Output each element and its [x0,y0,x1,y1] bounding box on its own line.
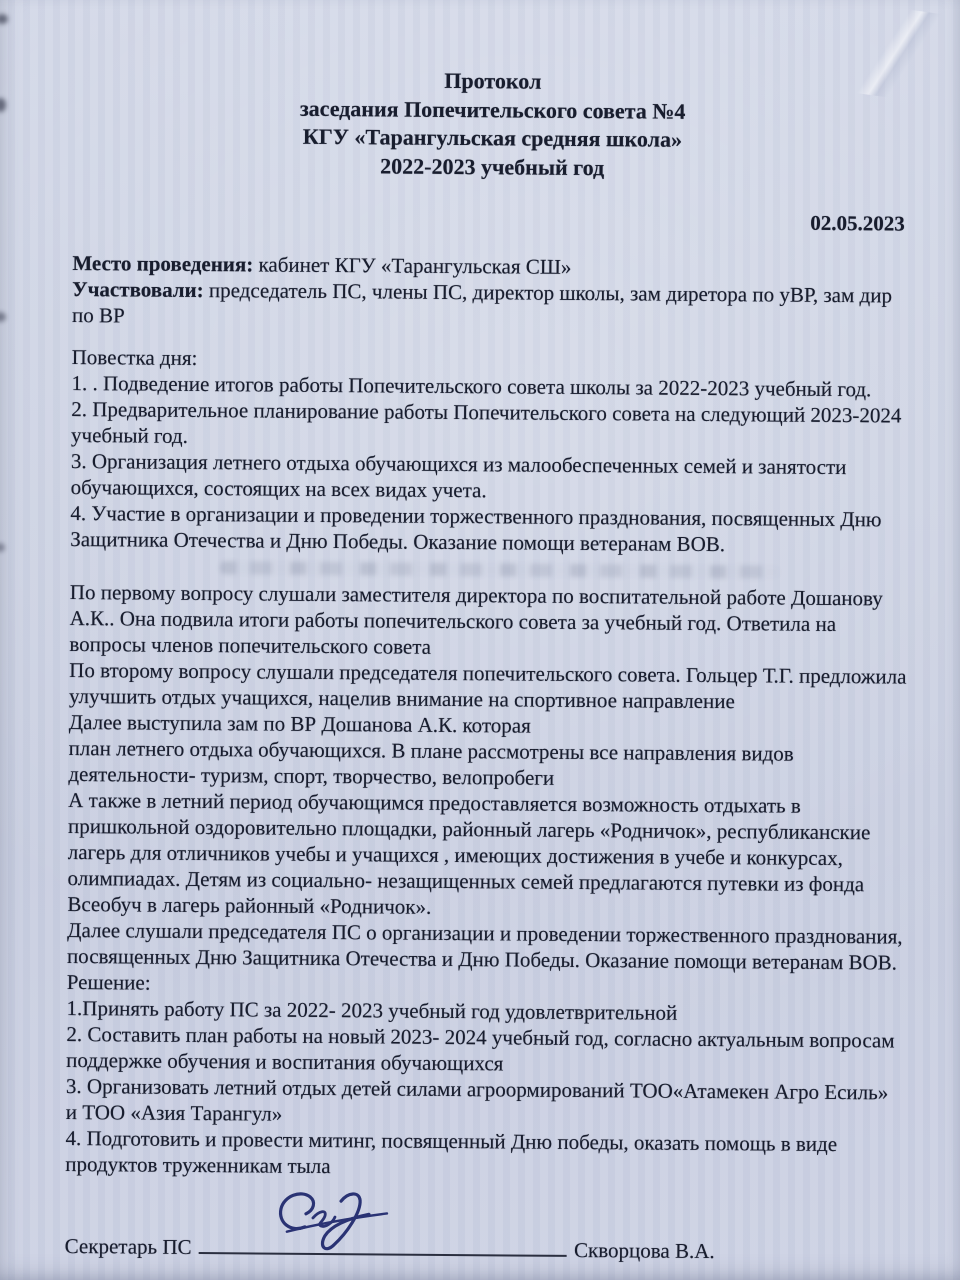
secretary-label: Секретарь ПС [65,1234,192,1259]
decision-item: 3. Организовать летний отдых детей силам… [66,1073,904,1132]
document-date: 02.05.2023 [73,204,905,237]
meta-participants-label: Участвовали: [72,277,204,302]
handwritten-signature-icon [257,1184,418,1263]
agenda-item: 2. Предварительное планирование работы П… [71,396,909,455]
meta-place-value: кабинет КГУ «Тарангульская СШ» [253,252,571,278]
agenda-section: Повестка дня: 1. . Подведение итогов раб… [70,344,910,559]
body-paragraph: А также в летний период обучающимся пред… [67,787,906,924]
document-title: Протокол заседания Попечительского совет… [73,64,912,185]
decision-item: 4. Подготовить и провести митинг, посвящ… [65,1125,903,1184]
meta-section: Место проведения: кабинет КГУ «Тарангуль… [72,250,911,335]
signature-line [199,1228,567,1257]
body-paragraph: По первому вопросу слушали заместителя д… [69,579,908,664]
secretary-name: Скворцова В.А. [574,1238,715,1263]
document-content: Протокол заседания Попечительского совет… [65,64,912,1266]
body-paragraph: план летнего отдыха обучающихся. В плане… [68,735,906,794]
decisions-section: Решение: 1.Принять работу ПС за 2022- 20… [65,969,905,1184]
minutes-body: По первому вопросу слушали заместителя д… [67,579,908,976]
agenda-item: 3. Организация летнего отдыха обучающихс… [71,448,909,507]
erased-text-smudge [220,561,780,578]
body-paragraph: Далее слушали председателя ПС о организа… [67,917,905,976]
scanned-document-page: Протокол заседания Попечительского совет… [0,0,960,1280]
title-line-4: 2022-2023 учебный год [73,149,911,184]
agenda-item: 4. Участие в организации и проведении то… [70,500,908,559]
meta-place-label: Место проведения: [72,251,253,276]
meta-participants: Участвовали: председатель ПС, члены ПС, … [72,276,910,335]
decision-item: 2. Составить план работы на новый 2023- … [66,1021,904,1080]
scan-edge-artifact [0,98,6,112]
scan-edge-artifact [0,14,8,24]
body-paragraph: По второму вопросу слушали председателя … [69,657,907,716]
scan-edge-artifact [0,312,6,322]
signature-block: Секретарь ПС Скворцова В.А. [65,1227,903,1266]
scan-edge-artifact [0,543,5,552]
